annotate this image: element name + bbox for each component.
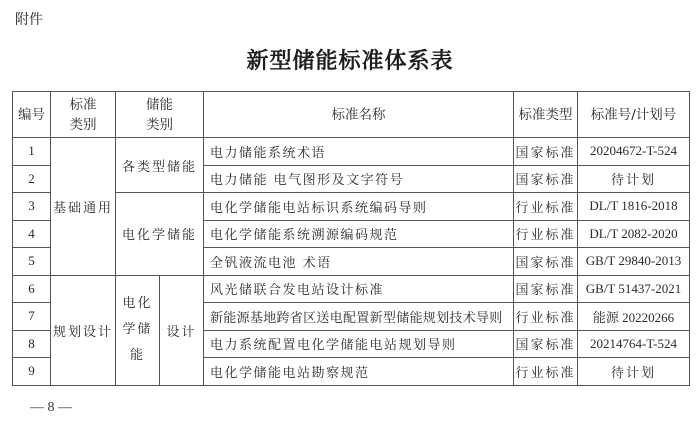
row-number: 6 bbox=[13, 275, 51, 303]
group-electrochem-line1: 电化 bbox=[116, 291, 159, 317]
standard-number: DL/T 1816-2018 bbox=[578, 193, 690, 221]
standard-name: 全钒液流电池 术语 bbox=[204, 248, 514, 276]
group-all-types: 各类型储能 bbox=[116, 138, 204, 193]
standard-type: 国家标准 bbox=[514, 330, 578, 358]
row-number: 2 bbox=[13, 165, 51, 193]
row-number: 9 bbox=[13, 358, 51, 386]
row-number: 1 bbox=[13, 138, 51, 166]
standard-number: 能源 20220266 bbox=[578, 303, 690, 331]
standard-name: 电力系统配置电化学储能电站规划导则 bbox=[204, 330, 514, 358]
row-number: 5 bbox=[13, 248, 51, 276]
standard-number: 待计划 bbox=[578, 358, 690, 386]
header-standard-name: 标准名称 bbox=[204, 92, 514, 138]
standard-type: 国家标准 bbox=[514, 138, 578, 166]
standard-type: 国家标准 bbox=[514, 248, 578, 276]
standard-number: DL/T 2082-2020 bbox=[578, 220, 690, 248]
table-row: 1 基础通用 各类型储能 电力储能系统术语 国家标准 20204672-T-52… bbox=[13, 138, 690, 166]
standards-table: 编号 标准 类别 储能 类别 标准名称 标准类型 标准号/计划号 1 基础通用 … bbox=[12, 91, 690, 386]
header-number: 编号 bbox=[13, 92, 51, 138]
row-number: 4 bbox=[13, 220, 51, 248]
standard-number: 20214764-T-524 bbox=[578, 330, 690, 358]
row-number: 8 bbox=[13, 330, 51, 358]
header-storage-category-line1: 储能 bbox=[116, 95, 203, 115]
page-title: 新型储能标准体系表 bbox=[0, 44, 700, 75]
standard-type: 行业标准 bbox=[514, 193, 578, 221]
standard-number: 待计划 bbox=[578, 165, 690, 193]
header-storage-category: 储能 类别 bbox=[116, 92, 204, 138]
header-standard-type: 标准类型 bbox=[514, 92, 578, 138]
row-number: 3 bbox=[13, 193, 51, 221]
header-std-category-line2: 类别 bbox=[51, 115, 115, 135]
standard-number: GB/T 29840-2013 bbox=[578, 248, 690, 276]
header-row: 编号 标准 类别 储能 类别 标准名称 标准类型 标准号/计划号 bbox=[13, 92, 690, 138]
standard-name: 电化学储能电站勘察规范 bbox=[204, 358, 514, 386]
group-electrochemical: 电化学储能 bbox=[116, 193, 204, 276]
standard-name: 电力储能 电气图形及文字符号 bbox=[204, 165, 514, 193]
standard-type: 行业标准 bbox=[514, 220, 578, 248]
header-std-category-line1: 标准 bbox=[51, 95, 115, 115]
standard-name: 新能源基地跨省区送电配置新型储能规划技术导则 bbox=[204, 303, 514, 331]
standard-number: GB/T 51437-2021 bbox=[578, 275, 690, 303]
standard-name: 电力储能系统术语 bbox=[204, 138, 514, 166]
standard-type: 国家标准 bbox=[514, 165, 578, 193]
attachment-label: 附件 bbox=[15, 9, 43, 29]
standard-name: 电化学储能电站标识系统编码导则 bbox=[204, 193, 514, 221]
row-number: 7 bbox=[13, 303, 51, 331]
standard-name: 电化学储能系统溯源编码规范 bbox=[204, 220, 514, 248]
group-planning: 规划设计 bbox=[51, 275, 116, 385]
header-standard-number: 标准号/计划号 bbox=[578, 92, 690, 138]
group-electrochem-storage: 电化 学储 能 bbox=[116, 275, 160, 385]
standard-type: 行业标准 bbox=[514, 303, 578, 331]
standard-type: 国家标准 bbox=[514, 275, 578, 303]
group-electrochem-line2: 学储 bbox=[116, 317, 159, 343]
page-number: — 8 — bbox=[30, 400, 72, 416]
standard-name: 风光储联合发电站设计标准 bbox=[204, 275, 514, 303]
group-electrochem-line3: 能 bbox=[116, 343, 159, 369]
header-storage-category-line2: 类别 bbox=[116, 115, 203, 135]
header-std-category: 标准 类别 bbox=[51, 92, 116, 138]
standard-type: 行业标准 bbox=[514, 358, 578, 386]
standard-number: 20204672-T-524 bbox=[578, 138, 690, 166]
table-row: 6 规划设计 电化 学储 能 设计 风光储联合发电站设计标准 国家标准 GB/T… bbox=[13, 275, 690, 303]
group-basic: 基础通用 bbox=[51, 138, 116, 276]
group-design: 设计 bbox=[160, 275, 204, 385]
